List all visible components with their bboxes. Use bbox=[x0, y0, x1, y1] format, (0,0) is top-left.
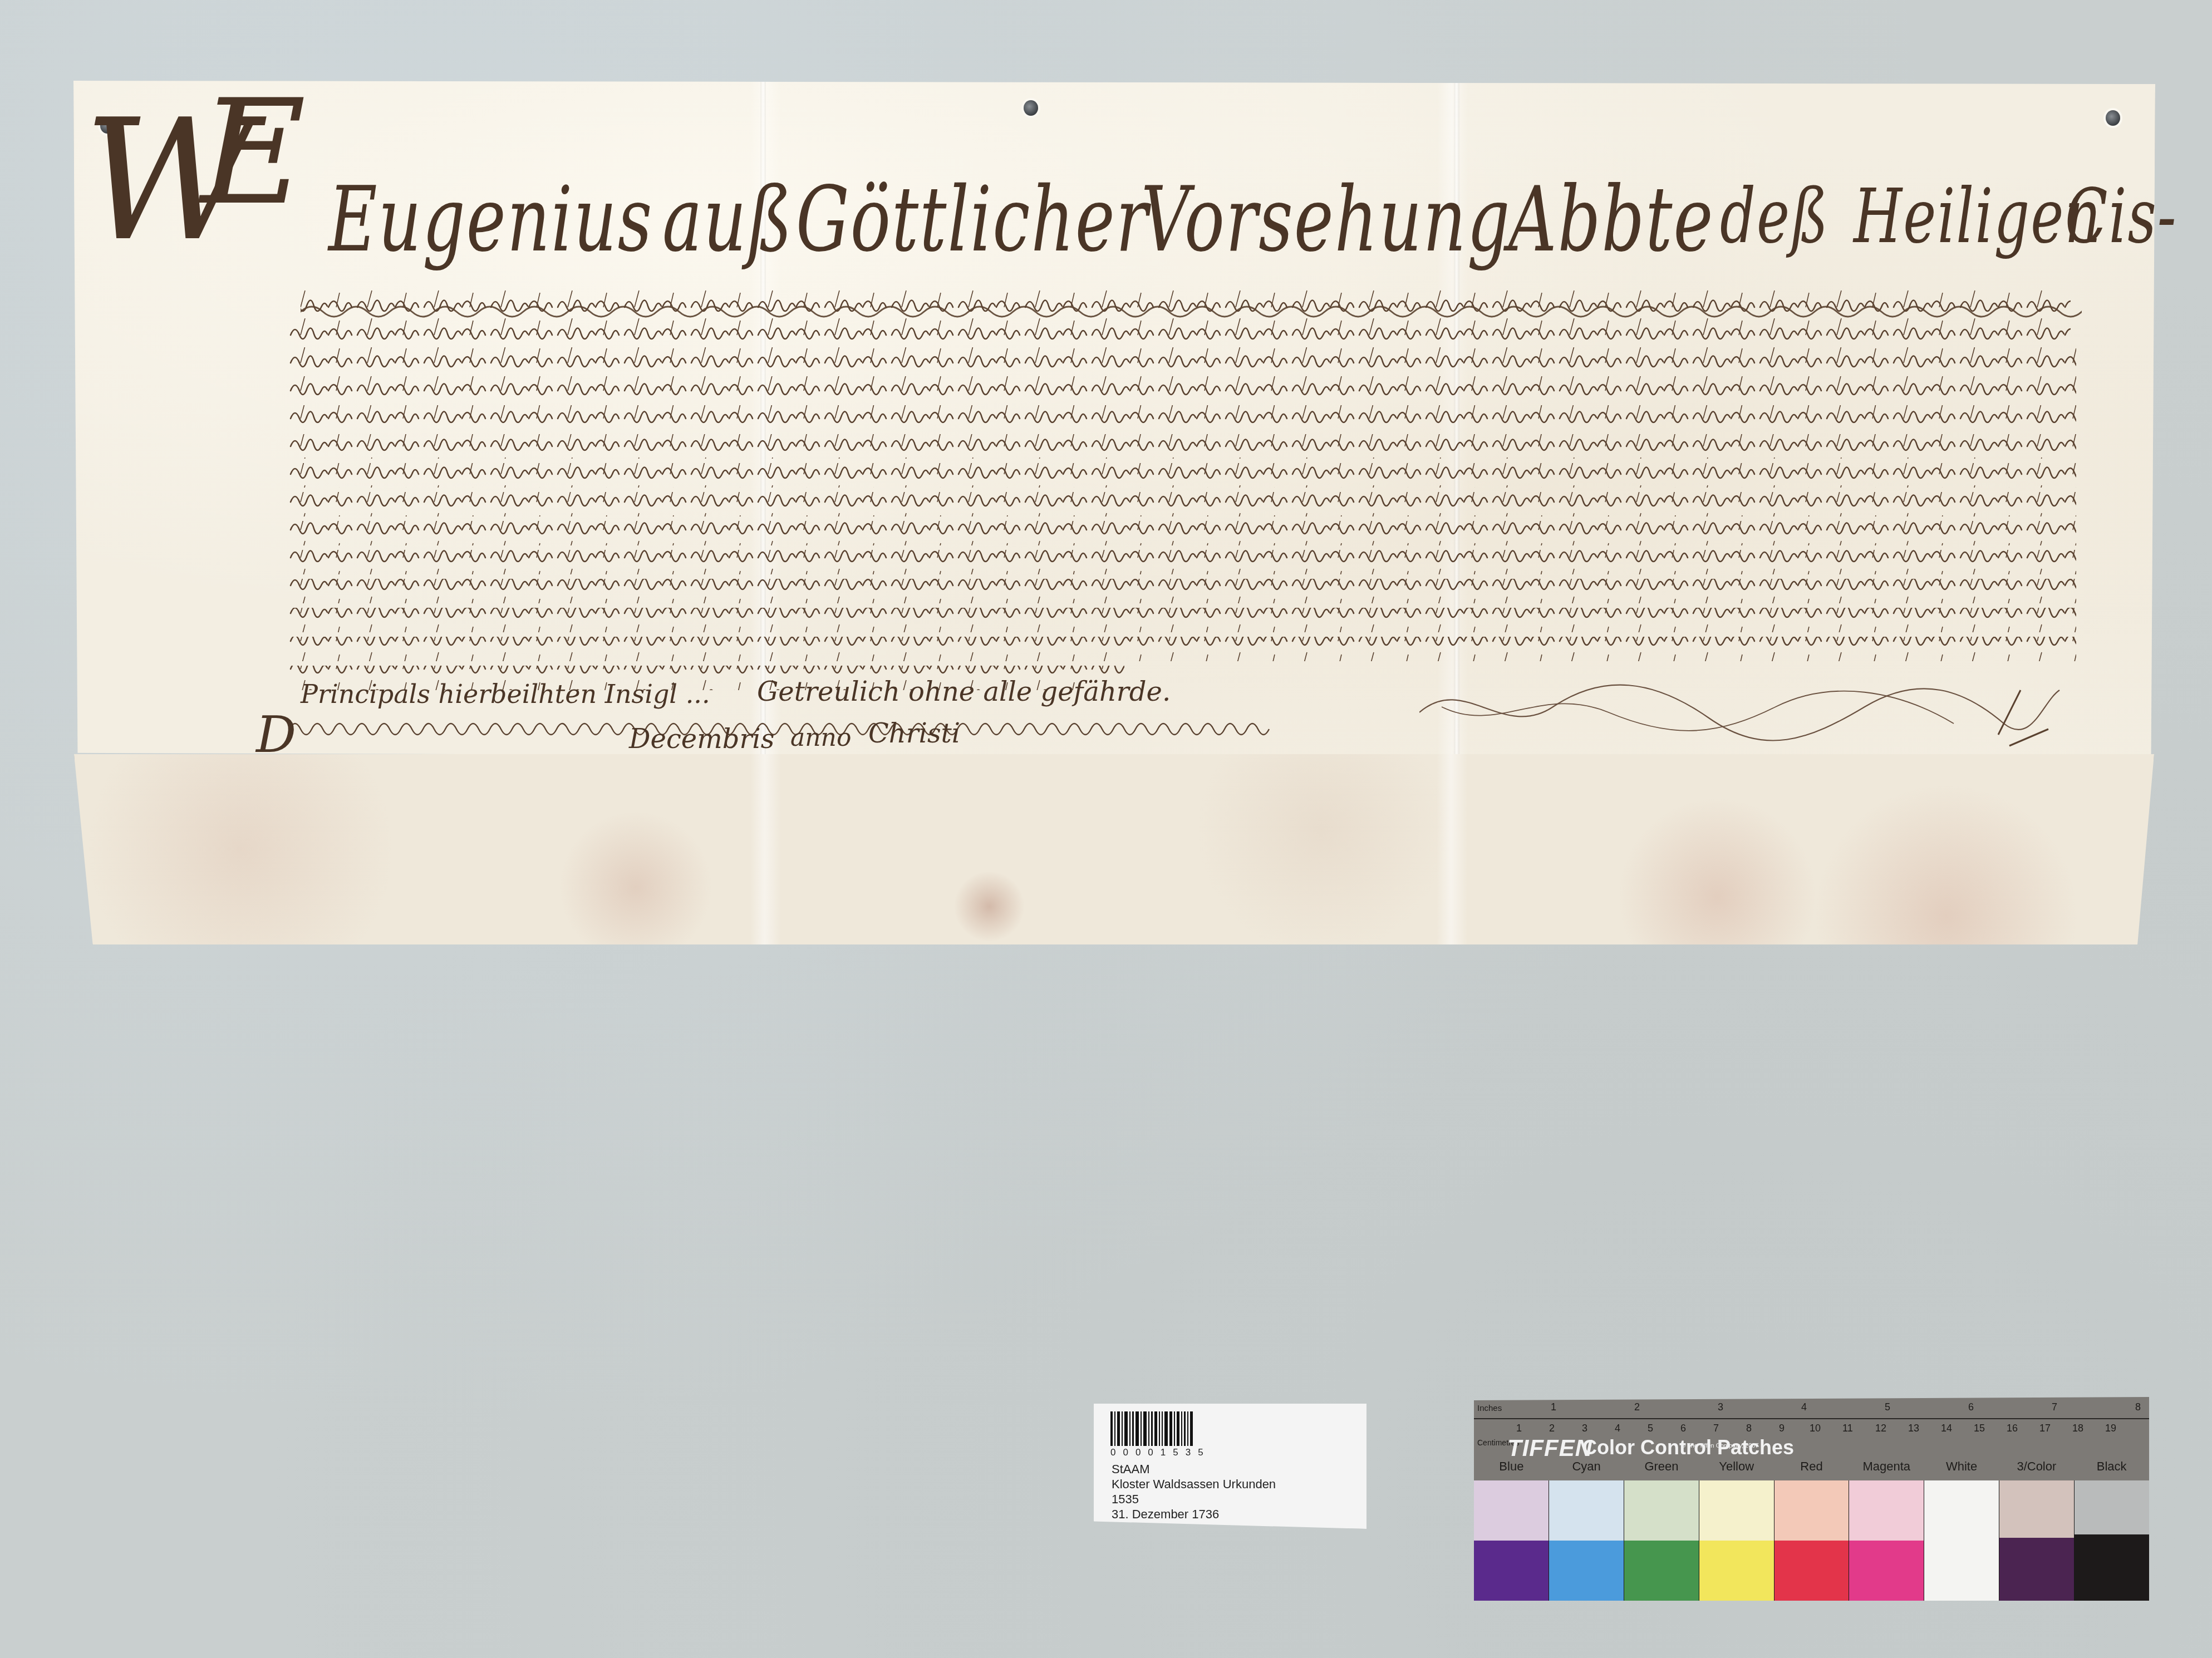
heading-word: auß bbox=[662, 168, 793, 272]
patch-3color bbox=[1999, 1480, 2075, 1601]
cm-tick: 8 bbox=[1746, 1423, 1752, 1434]
cm-tick: 13 bbox=[1908, 1423, 1919, 1434]
cm-tick: 7 bbox=[1713, 1423, 1719, 1434]
cm-tick: 4 bbox=[1615, 1423, 1620, 1434]
cm-tick: 11 bbox=[1842, 1423, 1853, 1434]
color-patches bbox=[1474, 1480, 2149, 1601]
heading-word: Eugenius bbox=[328, 168, 653, 272]
patch-black bbox=[2075, 1480, 2149, 1601]
date-word: anno bbox=[790, 724, 851, 752]
inch-tick: 4 bbox=[1801, 1401, 1807, 1413]
cm-tick: 2 bbox=[1549, 1423, 1555, 1434]
centimetre-ruler: 1 2 3 4 5 6 7 8 9 10 11 12 13 14 15 16 1… bbox=[1474, 1419, 2149, 1436]
archive-name: StAAM bbox=[1112, 1462, 1276, 1477]
barcode-digits: 00001535 bbox=[1110, 1447, 1211, 1458]
heading-word: Cis- bbox=[2065, 172, 2177, 260]
heading-word: Abbte bbox=[1508, 168, 1714, 272]
tiffen-logo: TIFFEN bbox=[1507, 1435, 1592, 1462]
cm-tick: 9 bbox=[1779, 1423, 1785, 1434]
patch-label-white: White bbox=[1924, 1459, 1999, 1478]
barcode bbox=[1110, 1411, 1195, 1446]
cm-tick: 1 bbox=[1516, 1423, 1522, 1434]
parchment-plica-fold bbox=[74, 754, 2154, 944]
patch-white bbox=[1924, 1480, 1999, 1601]
collection-name: Kloster Waldsassen Urkunden bbox=[1112, 1477, 1276, 1492]
cm-tick: 18 bbox=[2072, 1423, 2083, 1434]
heading-word: deß bbox=[1720, 172, 1829, 260]
inch-tick: 1 bbox=[1551, 1401, 1556, 1413]
cm-tick: 10 bbox=[1810, 1423, 1821, 1434]
patch-red bbox=[1774, 1480, 1850, 1601]
inch-ruler: Inches 1 2 3 4 5 6 7 8 bbox=[1474, 1401, 2149, 1419]
inch-tick: 5 bbox=[1885, 1401, 1890, 1413]
cm-tick: 17 bbox=[2039, 1423, 2051, 1434]
cm-tick: 5 bbox=[1648, 1423, 1653, 1434]
inch-tick: 7 bbox=[2052, 1401, 2057, 1413]
cm-tick: 6 bbox=[1680, 1423, 1686, 1434]
patch-label-yellow: Yellow bbox=[1699, 1459, 1774, 1478]
heading-word: Göttlicher bbox=[796, 168, 1149, 272]
inch-tick: 2 bbox=[1634, 1401, 1640, 1413]
cm-tick: 19 bbox=[2105, 1423, 2116, 1434]
mounting-hole bbox=[2106, 110, 2120, 126]
inches-label: Inches bbox=[1477, 1404, 1502, 1413]
date-word: Decembris bbox=[629, 724, 774, 755]
cm-tick: 14 bbox=[1941, 1423, 1952, 1434]
cm-tick: 16 bbox=[2007, 1423, 2018, 1434]
closing-formula: Getreulich ohne alle gefährde. bbox=[757, 676, 1171, 707]
inch-tick: 6 bbox=[1968, 1401, 1974, 1413]
patch-magenta bbox=[1849, 1480, 1924, 1601]
cm-tick: 15 bbox=[1974, 1423, 1985, 1434]
patch-label-magenta: Magenta bbox=[1849, 1459, 1924, 1478]
patch-label-cyan: Cyan bbox=[1549, 1459, 1624, 1478]
inch-tick: 8 bbox=[2135, 1401, 2141, 1413]
closing-line: Principals hierbeilhten Insigl ... bbox=[301, 679, 710, 709]
cm-tick: 12 bbox=[1875, 1423, 1886, 1434]
copyright-notice: © The Tiffen Company, 2007 bbox=[1681, 1443, 1759, 1449]
patch-label-blue: Blue bbox=[1474, 1459, 1549, 1478]
archive-label: 00001535 StAAM Kloster Waldsassen Urkund… bbox=[1094, 1404, 1366, 1529]
mounting-hole bbox=[1024, 100, 1038, 116]
patch-blue bbox=[1474, 1480, 1549, 1601]
patch-label-red: Red bbox=[1774, 1459, 1849, 1478]
patch-yellow bbox=[1699, 1480, 1774, 1601]
document-number: 1535 bbox=[1112, 1492, 1276, 1507]
patch-label-black: Black bbox=[2074, 1459, 2149, 1478]
ruler-strip: Inches 1 2 3 4 5 6 7 8 1 2 3 4 5 6 7 8 9… bbox=[1474, 1397, 2149, 1480]
document-date: 31. Dezember 1736 bbox=[1112, 1507, 1276, 1522]
heading-word: Vorsehung bbox=[1141, 168, 1511, 272]
patch-label-3color: 3/Color bbox=[1999, 1459, 2074, 1478]
patch-label-green: Green bbox=[1624, 1459, 1699, 1478]
inch-tick: 3 bbox=[1718, 1401, 1723, 1413]
patch-cyan bbox=[1549, 1480, 1624, 1601]
patch-green bbox=[1624, 1480, 1699, 1601]
color-control-chart: Inches 1 2 3 4 5 6 7 8 1 2 3 4 5 6 7 8 9… bbox=[1474, 1397, 2149, 1601]
date-word: Christi bbox=[868, 718, 960, 749]
paraph-flourish bbox=[1419, 668, 2087, 757]
cm-tick: 3 bbox=[1582, 1423, 1587, 1434]
patch-labels: Blue Cyan Green Yellow Red Magenta White… bbox=[1474, 1459, 2149, 1478]
